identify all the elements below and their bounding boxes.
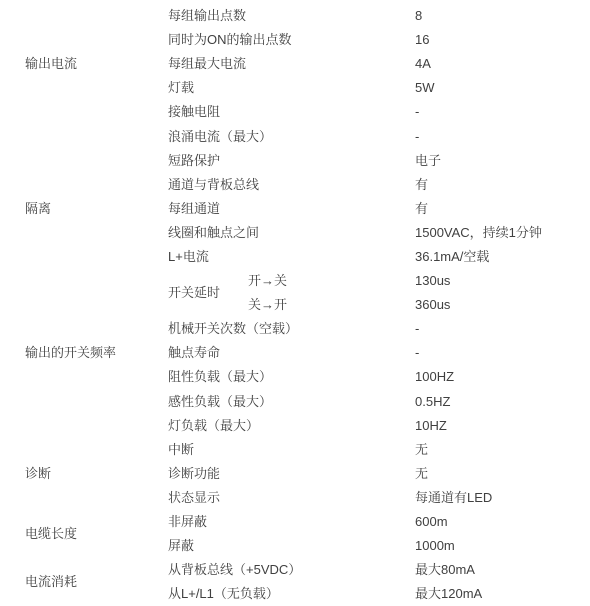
spec-row: 灯载5W	[0, 76, 590, 100]
spec-row: 阻性负载（最大）100HZ	[0, 365, 590, 389]
category-label: 诊断	[25, 467, 51, 481]
spec-row: 灯负载（最大）10HZ	[0, 414, 590, 438]
spec-value: -	[415, 105, 419, 119]
spec-row: L+电流36.1mA/空载	[0, 245, 590, 269]
spec-row: 每组最大电流4A	[0, 52, 590, 76]
spec-value: 600m	[415, 515, 448, 529]
spec-param-label: 感性负载（最大）	[168, 394, 272, 408]
spec-value: 16	[415, 33, 429, 47]
spec-row: 线圈和触点之间1500VAC，持续1分钟	[0, 221, 590, 245]
spec-value: 4A	[415, 57, 431, 71]
spec-row: 非屏蔽600m	[0, 510, 590, 534]
spec-value: 130us	[415, 274, 450, 288]
spec-param-label: 每组输出点数	[168, 9, 246, 23]
spec-table: 每组输出点数8同时为ON的输出点数16每组最大电流4A灯载5W接触电阻-浪涌电流…	[0, 0, 590, 606]
spec-param-label: L+电流	[168, 250, 209, 264]
spec-param-label: 灯载	[168, 81, 194, 95]
spec-value: 1500VAC，持续1分钟	[415, 226, 542, 240]
spec-row: 状态显示每通道有LED	[0, 486, 590, 510]
spec-param-label: 诊断功能	[168, 467, 220, 481]
spec-value: 最大80mA	[415, 563, 475, 577]
category-label: 电缆长度	[25, 527, 77, 541]
spec-value: 有	[415, 202, 428, 216]
spec-param-label: 每组通道	[168, 202, 220, 216]
category-label: 输出电流	[25, 57, 77, 71]
spec-row: 每组输出点数8	[0, 4, 590, 28]
spec-param-label: 从L+/L1（无负载）	[168, 587, 279, 601]
spec-row: 关→开360us	[0, 293, 590, 317]
spec-param-label: 触点寿命	[168, 346, 220, 360]
spec-row: 通道与背板总线有	[0, 173, 590, 197]
spec-row: 浪涌电流（最大）-	[0, 124, 590, 148]
spec-param-label: 每组最大电流	[168, 57, 246, 71]
spec-param-sublabel: 开→关	[248, 274, 287, 288]
spec-row: 从背板总线（+5VDC）最大80mA	[0, 558, 590, 582]
spec-value: 0.5HZ	[415, 394, 450, 408]
spec-row: 开→关130us	[0, 269, 590, 293]
spec-row: 中断无	[0, 438, 590, 462]
spec-value: 无	[415, 443, 428, 457]
spec-row: 同时为ON的输出点数16	[0, 28, 590, 52]
category-label: 输出的开关频率	[25, 346, 116, 360]
spec-row: 诊断功能无	[0, 462, 590, 486]
spec-value: -	[415, 129, 419, 143]
spec-value: 360us	[415, 298, 450, 312]
spec-value: 36.1mA/空载	[415, 250, 489, 264]
spec-param-label: 同时为ON的输出点数	[168, 33, 292, 47]
spec-param-label: 状态显示	[168, 491, 220, 505]
spec-param-label: 灯负载（最大）	[168, 418, 259, 432]
param-group-label: 开关延时	[168, 286, 220, 300]
spec-param-label: 中断	[168, 443, 194, 457]
spec-row: 短路保护电子	[0, 149, 590, 173]
spec-param-label: 从背板总线（+5VDC）	[168, 563, 301, 577]
spec-row: 每组通道有	[0, 197, 590, 221]
spec-param-label: 屏蔽	[168, 539, 194, 553]
spec-value: 10HZ	[415, 418, 447, 432]
spec-value: -	[415, 346, 419, 360]
spec-param-label: 短路保护	[168, 153, 220, 167]
spec-param-label: 浪涌电流（最大）	[168, 129, 272, 143]
spec-param-sublabel: 关→开	[248, 298, 287, 312]
spec-value: -	[415, 322, 419, 336]
spec-value: 8	[415, 9, 422, 23]
spec-row: 接触电阻-	[0, 100, 590, 124]
spec-row: 从L+/L1（无负载）最大120mA	[0, 582, 590, 606]
spec-param-label: 非屏蔽	[168, 515, 207, 529]
spec-row: 感性负载（最大）0.5HZ	[0, 390, 590, 414]
spec-value: 最大120mA	[415, 587, 482, 601]
spec-value: 1000m	[415, 539, 455, 553]
spec-row: 屏蔽1000m	[0, 534, 590, 558]
spec-value: 5W	[415, 81, 435, 95]
spec-value: 每通道有LED	[415, 491, 492, 505]
spec-value: 电子	[415, 153, 441, 167]
spec-value: 有	[415, 178, 428, 192]
spec-value: 100HZ	[415, 370, 454, 384]
spec-param-label: 机械开关次数（空载）	[168, 322, 298, 336]
category-label: 电流消耗	[25, 575, 77, 589]
spec-param-label: 通道与背板总线	[168, 178, 259, 192]
spec-value: 无	[415, 467, 428, 481]
spec-param-label: 线圈和触点之间	[168, 226, 259, 240]
category-label: 隔离	[25, 202, 51, 216]
spec-param-label: 阻性负载（最大）	[168, 370, 272, 384]
spec-param-label: 接触电阻	[168, 105, 220, 119]
spec-row: 机械开关次数（空载）-	[0, 317, 590, 341]
